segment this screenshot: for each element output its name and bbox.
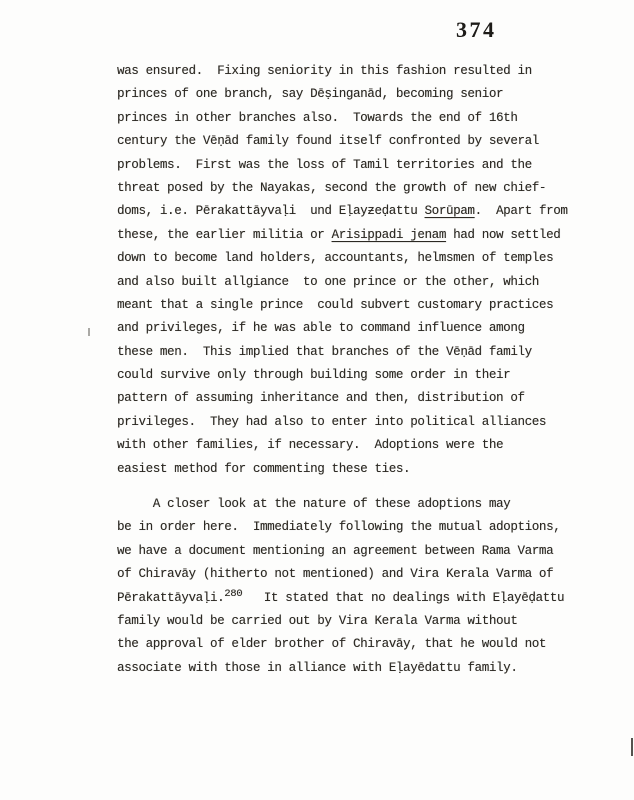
text-line: associate with those in alliance with Eḷ… [117, 657, 597, 680]
text-line: meant that a single prince could subvert… [117, 294, 597, 317]
text-line: privileges. They had also to enter into … [117, 411, 597, 434]
text-line: pattern of assuming inheritance and then… [117, 387, 597, 410]
text-segment: threat posed by the Nayakas, second the … [117, 181, 546, 195]
text-segment: these men. This implied that branches of… [117, 345, 532, 359]
footnote-reference: 280 [224, 588, 242, 600]
text-segment: we have a document mentioning an agreeme… [117, 544, 553, 558]
text-segment: meant that a single prince could subvert… [117, 298, 553, 312]
paragraph: was ensured. Fixing seniority in this fa… [117, 60, 597, 481]
text-segment: century the Vēṇād family found itself co… [117, 134, 539, 148]
text-segment: princes of one branch, say Dēṣinganād, b… [117, 87, 503, 101]
text-segment: could survive only through building some… [117, 368, 510, 382]
text-segment: these, the earlier militia or [117, 228, 332, 242]
text-segment: had now settled [446, 228, 560, 242]
text-segment: easiest method for commenting these ties… [117, 462, 410, 476]
text-line: and privileges, if he was able to comman… [117, 317, 597, 340]
text-segment: princes in other branches also. Towards … [117, 111, 517, 125]
text-segment: the approval of elder brother of Chiravā… [117, 637, 546, 651]
text-line: family would be carried out by Vira Kera… [117, 610, 597, 633]
text-line: doms, i.e. Pērakattāyvaḷi und Eḷayƶeḍatt… [117, 200, 597, 223]
text-segment: family would be carried out by Vira Kera… [117, 614, 517, 628]
text-line: threat posed by the Nayakas, second the … [117, 177, 597, 200]
text-line: the approval of elder brother of Chiravā… [117, 633, 597, 656]
text-line: Pērakattāyvaḷi.280 It stated that no dea… [117, 587, 597, 610]
text-segment: down to become land holders, accountants… [117, 251, 553, 265]
text-segment: and privileges, if he was able to comman… [117, 321, 525, 335]
text-line: easiest method for commenting these ties… [117, 458, 597, 481]
text-line: princes in other branches also. Towards … [117, 107, 597, 130]
text-segment: of Chiravāy (hitherto not mentioned) and… [117, 567, 553, 581]
text-segment: be in order here. Immediately following … [117, 520, 560, 534]
text-segment: was ensured. Fixing seniority in this fa… [117, 64, 532, 78]
text-segment: privileges. They had also to enter into … [117, 415, 546, 429]
underlined-term: Sorūpam [425, 204, 475, 218]
text-line: princes of one branch, say Dēṣinganād, b… [117, 83, 597, 106]
text-line: A closer look at the nature of these ado… [117, 493, 597, 516]
text-line: could survive only through building some… [117, 364, 597, 387]
text-segment: with other families, if necessary. Adopt… [117, 438, 503, 452]
text-segment: pattern of assuming inheritance and then… [117, 391, 525, 405]
text-segment: and also built allgiance to one prince o… [117, 275, 539, 289]
page-text: was ensured. Fixing seniority in this fa… [117, 60, 597, 680]
text-line: these men. This implied that branches of… [117, 341, 597, 364]
text-segment: problems. First was the loss of Tamil te… [117, 158, 532, 172]
paragraph: A closer look at the nature of these ado… [117, 493, 597, 680]
text-line: with other families, if necessary. Adopt… [117, 434, 597, 457]
text-line: problems. First was the loss of Tamil te… [117, 154, 597, 177]
text-line: was ensured. Fixing seniority in this fa… [117, 60, 597, 83]
text-line: down to become land holders, accountants… [117, 247, 597, 270]
scan-artifact-left [88, 328, 90, 336]
text-line: these, the earlier militia or Arisippadi… [117, 224, 597, 247]
text-segment: doms, i.e. Pērakattāyvaḷi und Eḷayƶeḍatt… [117, 204, 425, 218]
text-segment: It stated that no dealings with Eḷayēḍat… [242, 591, 564, 605]
text-line: of Chiravāy (hitherto not mentioned) and… [117, 563, 597, 586]
text-segment: . Apart from [475, 204, 568, 218]
scanned-document-page: 374 was ensured. Fixing seniority in thi… [0, 0, 634, 800]
text-segment: Pērakattāyvaḷi. [117, 591, 224, 605]
scan-artifact-right-edge [631, 738, 633, 756]
text-segment: associate with those in alliance with Eḷ… [117, 661, 517, 675]
text-line: century the Vēṇād family found itself co… [117, 130, 597, 153]
page-number: 374 [456, 17, 497, 43]
text-segment: A closer look at the nature of these ado… [117, 497, 510, 511]
underlined-term: Arisippadi jenam [332, 228, 446, 242]
text-line: and also built allgiance to one prince o… [117, 271, 597, 294]
text-line: we have a document mentioning an agreeme… [117, 540, 597, 563]
text-line: be in order here. Immediately following … [117, 516, 597, 539]
